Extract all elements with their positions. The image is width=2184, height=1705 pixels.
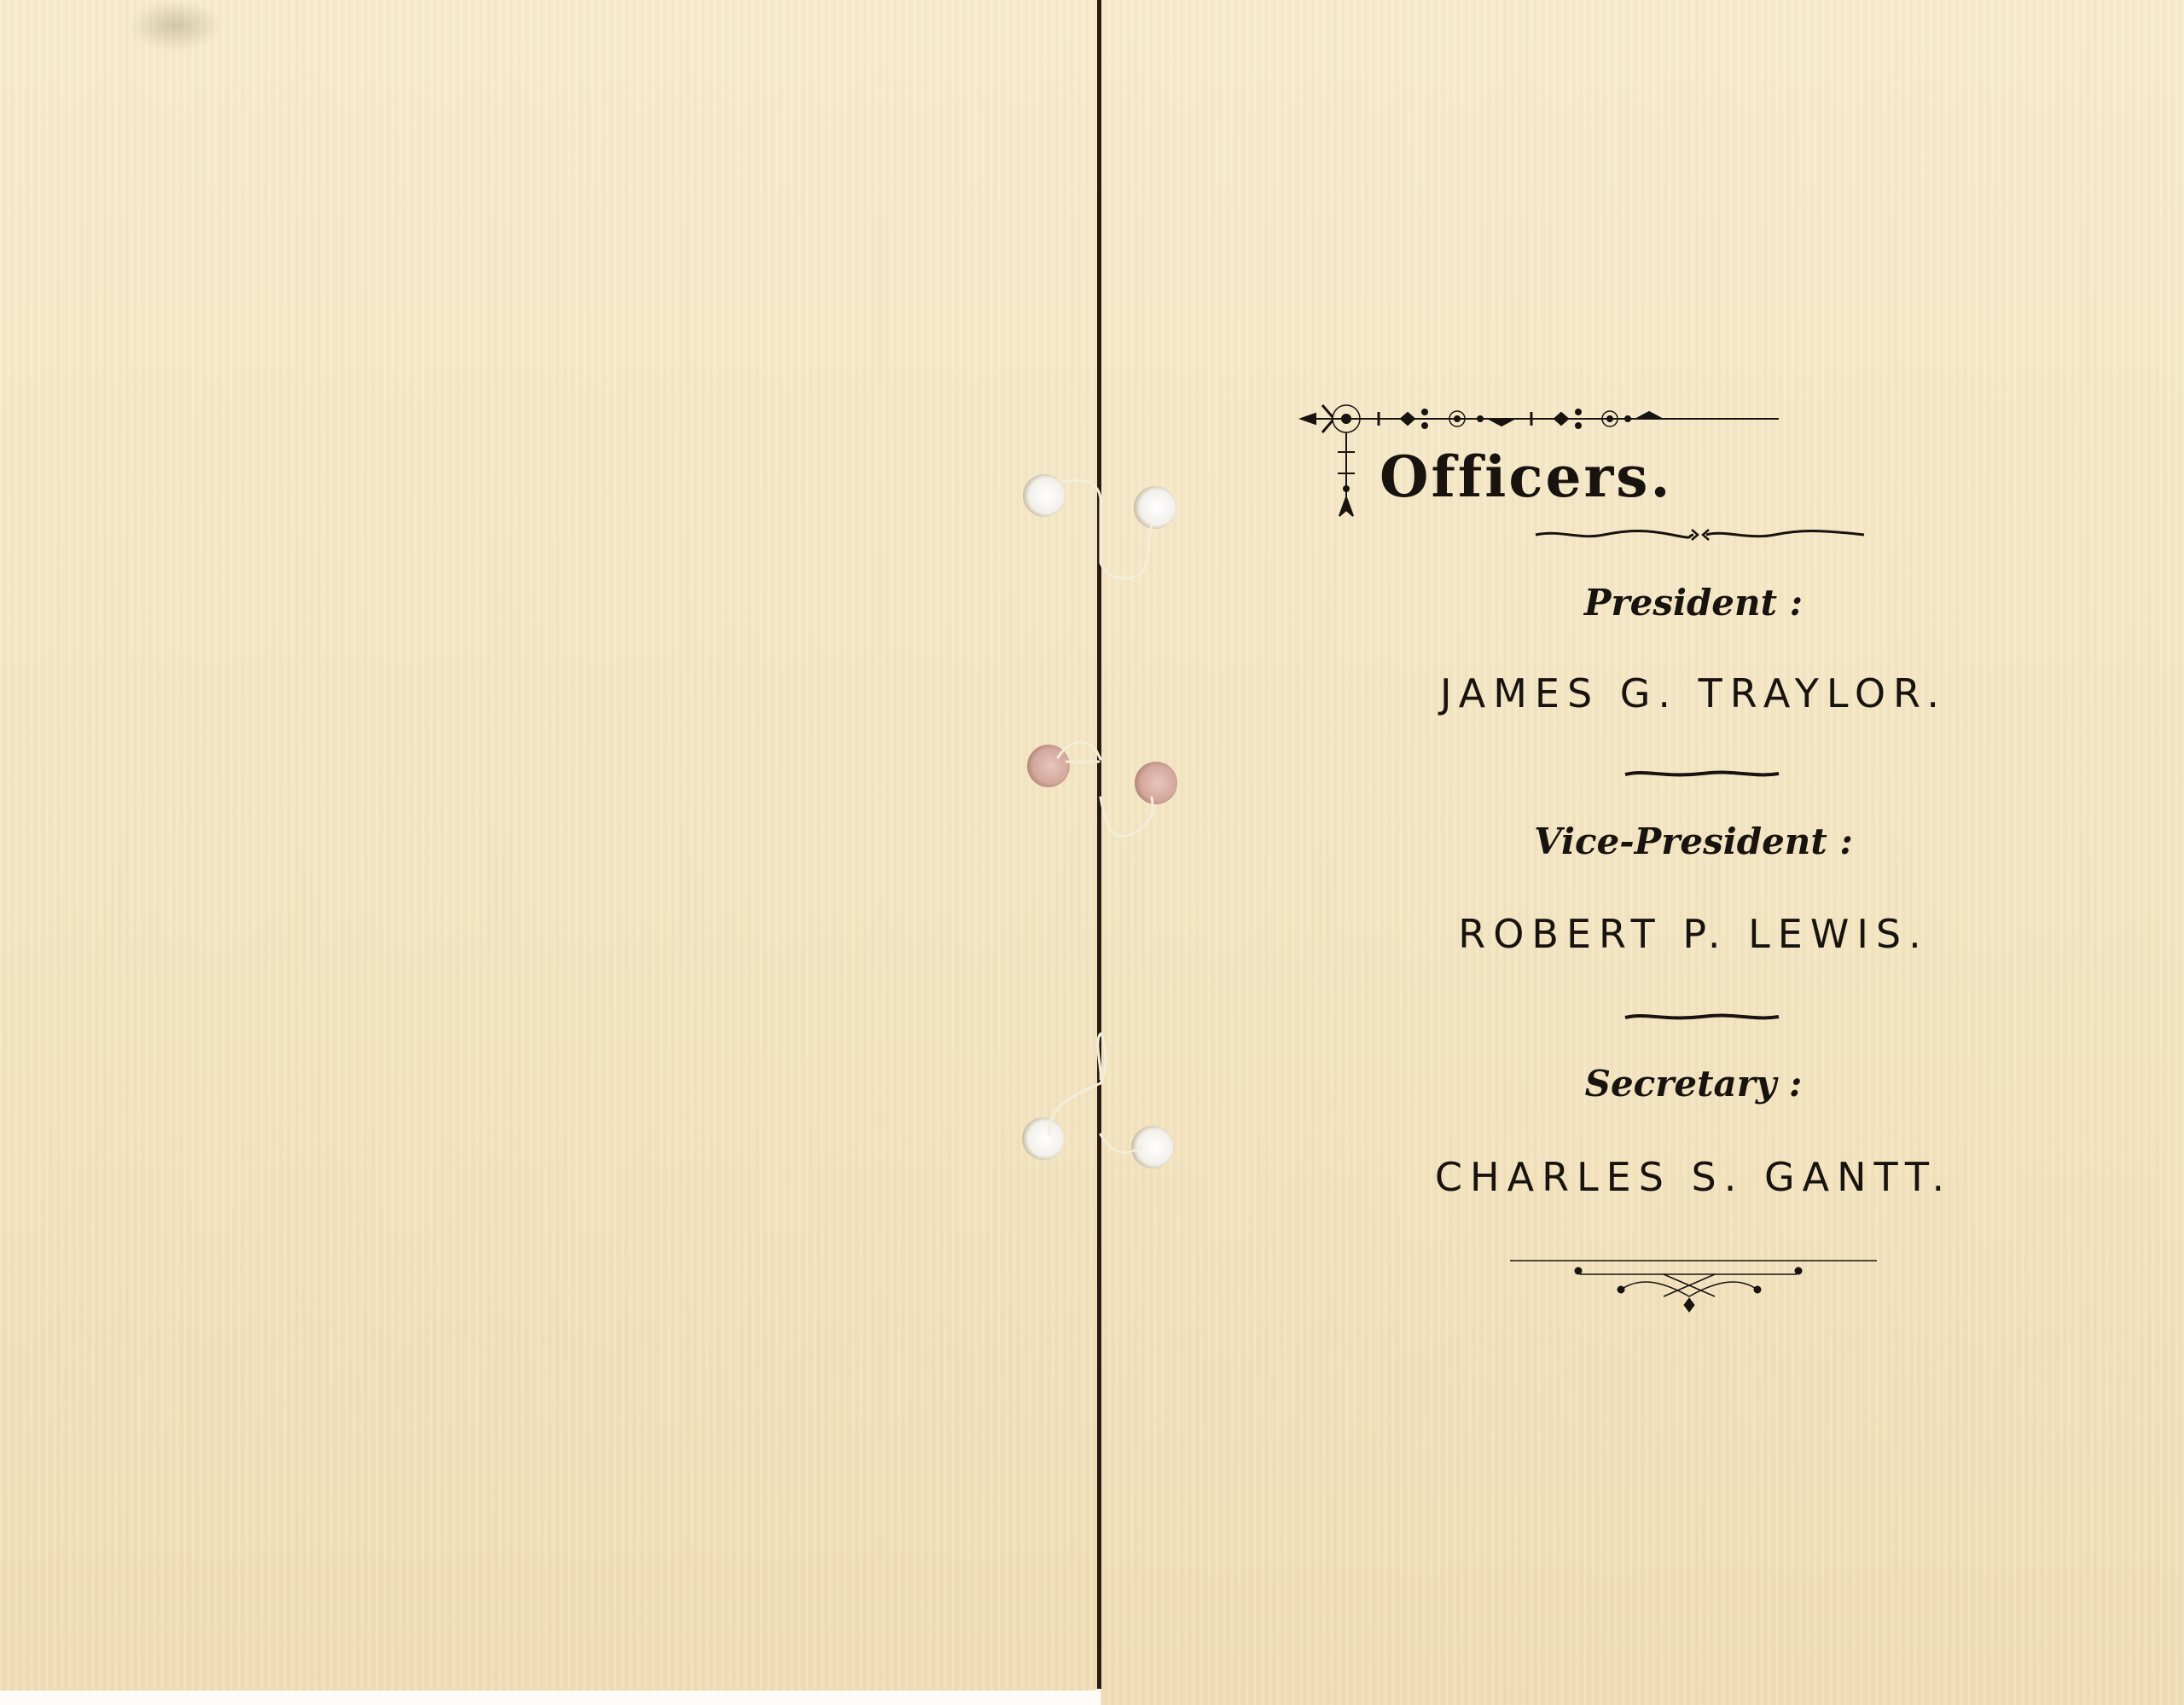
section-divider-icon xyxy=(1625,1009,1779,1026)
section-divider-icon xyxy=(1625,766,1779,783)
binding-hole-top-left xyxy=(1023,474,1066,517)
secretary-label: Secretary : xyxy=(1399,1063,1988,1105)
vice-president-label: Vice-President : xyxy=(1399,821,1988,862)
closing-ornament-icon xyxy=(1510,1254,1877,1314)
left-page-blank xyxy=(0,0,1101,1691)
page-title: Officers. xyxy=(1380,444,1672,510)
vice-president-name: ROBERT P. LEWIS. xyxy=(1399,911,1988,957)
president-name: JAMES G. TRAYLOR. xyxy=(1399,670,1988,716)
binding-hole-top-right xyxy=(1134,486,1176,529)
title-divider-icon xyxy=(1536,525,1864,545)
binding-hole-bottom-right xyxy=(1131,1126,1174,1169)
book-spine xyxy=(1097,0,1101,1689)
president-label: President : xyxy=(1399,582,1988,623)
binding-hole-middle-right xyxy=(1135,762,1177,804)
binding-hole-middle-left xyxy=(1027,745,1070,787)
binding-hole-bottom-left xyxy=(1022,1117,1065,1160)
paper-stain xyxy=(128,0,222,51)
secretary-name: CHARLES S. GANTT. xyxy=(1399,1154,1988,1200)
